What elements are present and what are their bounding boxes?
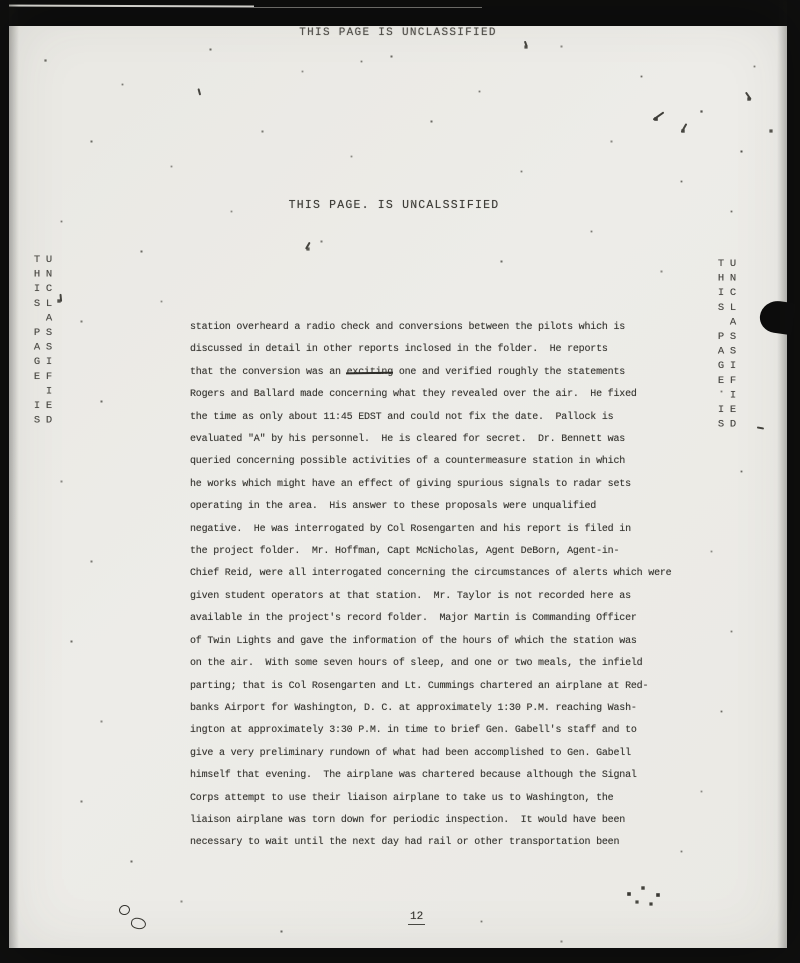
scan-scratch: [60, 294, 62, 302]
body-text-line: parting; that is Col Rosengarten and Lt.…: [190, 676, 730, 698]
body-text-line: negative. He was interrogated by Col Ros…: [190, 519, 730, 541]
body-text-line: available in the project's record folder…: [190, 608, 730, 630]
body-text-line: himself that evening. The airplane was c…: [190, 765, 730, 787]
page-number: 12: [408, 911, 425, 925]
scan-speckles-dark: [0, 0, 2, 2]
body-text-line: ington at approximately 3:30 P.M. in tim…: [190, 720, 730, 742]
scan-edge-shadow: [9, 0, 19, 963]
body-text-line: Chief Reid, were all interrogated concer…: [190, 563, 730, 585]
body-text-line: operating in the area. His answer to the…: [190, 496, 730, 518]
body-text-line: of Twin Lights and gave the information …: [190, 631, 730, 653]
scan-edge-shadow: [777, 0, 787, 963]
body-text-line: give a very preliminary rundown of what …: [190, 743, 730, 765]
body-text-line: the project folder. Mr. Hoffman, Capt Mc…: [190, 541, 730, 563]
ink-blob: [758, 299, 796, 335]
scan-scratch: [653, 111, 665, 120]
body-text-line: he works which might have an effect of g…: [190, 474, 730, 496]
body-text-line: queried concerning possible activities o…: [190, 451, 730, 473]
body-text-line: Rogers and Ballard made concerning what …: [190, 384, 730, 406]
pen-scribble-mark: [130, 917, 147, 930]
scan-scratch: [681, 123, 688, 133]
left-margin-classification: THIS PAGE IS UNCLASSIFIED: [31, 254, 55, 584]
document-body: station overheard a radio check and conv…: [190, 317, 730, 855]
scan-border-top: [0, 0, 800, 26]
body-text-line: the time as only about 11:45 EDST and co…: [190, 407, 730, 429]
scan-border-bottom: [0, 948, 800, 963]
scanned-document-page: THIS PAGE IS UNCLASSIFIED THIS PAGE. IS …: [0, 0, 800, 963]
body-text-line: that the conversion was an exciting one …: [190, 362, 730, 384]
body-text-line: banks Airport for Washington, D. C. at a…: [190, 698, 730, 720]
scan-border-left: [0, 0, 9, 963]
body-text-line: on the air. With some seven hours of sle…: [190, 653, 730, 675]
scan-scratch: [757, 426, 764, 429]
scan-scratch: [198, 88, 201, 95]
body-text-line: evaluated "A" by his personnel. He is cl…: [190, 429, 730, 451]
scan-scratch: [745, 92, 751, 100]
pen-scribble-mark: [118, 904, 131, 917]
scan-scratch-line: [254, 7, 482, 8]
body-text-line: necessary to wait until the next day had…: [190, 832, 730, 854]
body-text-line: Corps attempt to use their liaison airpl…: [190, 788, 730, 810]
scan-scratch: [305, 242, 310, 250]
body-text-line: discussed in detail in other reports inc…: [190, 339, 730, 361]
body-text-line: station overheard a radio check and conv…: [190, 317, 730, 339]
page-classification-heading: THIS PAGE. IS UNCALSSIFIED: [0, 199, 794, 212]
body-text-line: liaison airplane was torn down for perio…: [190, 810, 730, 832]
scan-border-right: [787, 0, 800, 963]
scan-scratch-line: [2, 4, 254, 7]
top-classification-banner: THIS PAGE IS UNCLASSIFIED: [0, 27, 798, 39]
body-text-line: given student operators at that station.…: [190, 586, 730, 608]
scan-scratch: [524, 41, 528, 47]
